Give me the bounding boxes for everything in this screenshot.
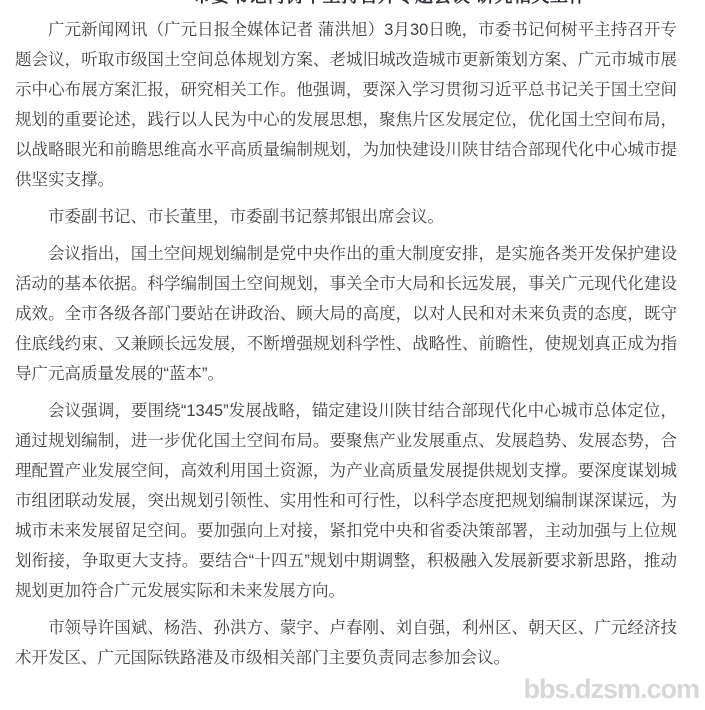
- paragraph-meeting-pointed-out: 会议指出，国土空间规划编制是党中央作出的重大制度安排，是实施各类开发保护建设活动…: [15, 239, 677, 389]
- clipped-article-title: 市委书记何树平主持召开专题会议 研究相关工作: [0, 0, 705, 5]
- site-watermark: bbs.dzsm.com: [523, 674, 699, 705]
- article-page: 市委书记何树平主持召开专题会议 研究相关工作 广元新闻网讯（广元日报全媒体记者 …: [0, 0, 705, 673]
- paragraph-meeting-emphasized: 会议强调，要围绕“1345”发展战略，锚定建设川陕甘结合部现代化中心城市总体定位…: [15, 396, 677, 606]
- article-body: 广元新闻网讯（广元日报全媒体记者 蒲洪旭）3月30日晚，市委书记何树平主持召开专…: [0, 5, 705, 673]
- paragraph-participants: 市领导许国斌、杨浩、孙洪方、蒙宇、卢春刚、刘自强，利州区、朝天区、广元经济技术开…: [15, 613, 677, 673]
- paragraph-attendees-leaders: 市委副书记、市长董里，市委副书记蔡邦银出席会议。: [15, 202, 677, 232]
- paragraph-lead: 广元新闻网讯（广元日报全媒体记者 蒲洪旭）3月30日晚，市委书记何树平主持召开专…: [15, 15, 677, 195]
- clipped-article-title-text: 市委书记何树平主持召开专题会议 研究相关工作: [193, 0, 705, 5]
